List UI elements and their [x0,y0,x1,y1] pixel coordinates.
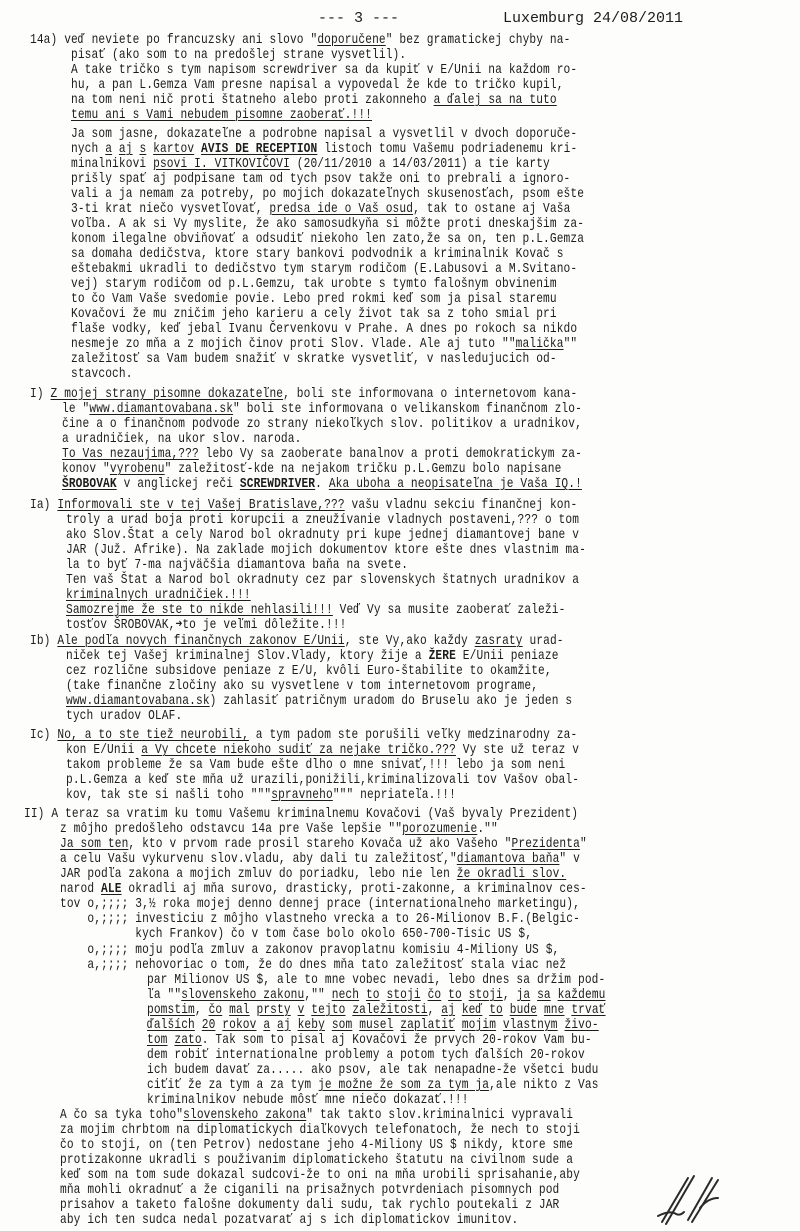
emphasized-text: sa [537,987,551,1003]
emphasized-text: kriminalnych uradničiek.!!! [66,587,251,603]
text-run: listoch tomu Vašemu podriadenemu kri- [317,141,577,157]
text-run: keď som na tom sude dokazal sudcovi-že t… [60,1167,580,1183]
text-run: za mojim chrbtom na diplomatickych diaľk… [60,1122,580,1138]
emphasized-text: No, a to ste tiež neurobili, [57,727,249,743]
text-run: . Tak som to pisal aj Kovačovi že prvych… [202,1032,592,1048]
text-line: www.diamantovabana.sk) zahlasiť patričny… [66,693,572,709]
text-line: Ic) No, a to ste tiež neurobili, a tym p… [30,727,577,743]
handwritten-signature-icon [648,1170,738,1230]
text-run: " bez gramatickej chyby na- [386,32,571,48]
text-line: o,;;;; investiciu z môjho vlastneho vrec… [60,911,580,927]
emphasized-text: nech [332,987,359,1003]
text-line: kych Frankov) čo v tom čase bolo okolo 6… [60,926,532,942]
emphasized-text: tom [147,1032,168,1048]
text-line: eštebakmi ukradli to dedičstvo tym stary… [71,261,577,277]
text-run: vej) starym rodičom od p.L.Gemzu, tak ur… [71,276,557,292]
text-line: flaše vodky, keď jebal Ivanu Červenkovu … [71,321,577,337]
emphasized-text: zasraty [475,633,523,649]
emphasized-text: v [298,1002,305,1018]
emphasized-text: Ale podľa novych finančnych zakonov E/Un… [57,633,344,649]
text-run: Veď Vy sa musite zaoberať zaleži- [333,602,566,618]
text-run: Ic) [30,727,57,743]
text-run: , kto v prvom rade prosil stareho Kovača… [128,836,511,852]
text-line: cez rozlične subsidove peniaze z E/U, kv… [66,663,552,679]
text-run [359,987,366,1003]
text-run: Ia) [30,497,57,513]
text-run: eštebakmi ukradli to dedičstvo tym stary… [71,261,577,277]
text-line: o,;;;; moju podľa zmluv a zakonov pravop… [60,942,559,958]
emphasized-text: a Vy chcete niekoho sudiť za nejake trič… [141,742,456,758]
text-run: ciťiť že za tym a za tym [147,1077,318,1093]
emphasized-text: ŠROBOVAK [62,476,117,492]
text-run [421,987,428,1003]
text-run [558,1017,565,1033]
text-run: , [503,987,517,1003]
text-line: stavcoch. [71,366,133,382]
emphasized-text: slovenskeho zakonu [181,987,304,1003]
emphasized-text: Ja som ten [60,836,128,852]
emphasized-text: to [366,987,380,1003]
emphasized-text: to [489,1002,503,1018]
text-line: dem robiť internationalne problemy a pot… [147,1047,585,1063]
emphasized-text: keby [298,1017,325,1033]
emphasized-text: kartov [153,141,194,157]
text-run: p.L.Gemza a keď ste mňa už urazili,poniž… [66,772,579,788]
text-run: hu, a pan L.Gemza Vam presne napisal a v… [71,77,564,93]
text-run: prišly spať aj podpisane tam od tych pso… [71,171,570,187]
text-run: E/Unii peniaze [456,648,559,664]
text-run: stavcoch. [71,366,133,382]
emphasized-text: Prezidenta [512,836,580,852]
text-run [455,1002,462,1018]
emphasized-text: aj [119,141,133,157]
text-run: to čo Vam Vaše svedomie povie. Lebo pred… [71,291,557,307]
text-run: " boli ste informovana o velikanskom fin… [233,401,582,417]
text-line: II) A teraz sa vratim ku tomu Vašemu kri… [24,806,578,822]
text-run: " v [559,851,580,867]
text-run: par Milionov US $, ale to mne vobec neva… [147,972,605,988]
emphasized-text: vlastnym [503,1017,558,1033]
text-run: kych Frankov) čo v tom čase bolo okolo 6… [60,926,532,942]
text-line: čine a o finančnom podvode zo strany nie… [62,416,582,432]
emphasized-text: temu ani s Vami nebudem pisomne zaoberať… [71,107,372,123]
text-run: A take tričko s tym napisom screwdriver … [71,62,577,78]
emphasized-text: Informovali ste v tej Vašej Bratislave,?… [57,497,344,513]
emphasized-text: malička [516,336,564,352]
text-run: a celu Vašu vykurvenu slov.vladu, aby da… [60,851,457,867]
emphasized-text: pomstim [147,1002,195,1018]
text-line: ľa ""slovenskeho zakonu,"" nech to stoji… [147,987,606,1003]
text-run: A čo sa tyka toho" [60,1107,183,1123]
text-line: čo to stoji, on (ten Petrov) nedostane j… [60,1137,573,1153]
emphasized-text: bude [510,1002,537,1018]
text-line: hu, a pan L.Gemza Vam presne napisal a v… [71,77,564,93]
text-run: zaležitosť sa Vam budem snažiť v skratke… [71,351,557,367]
text-run: Ja som jasne, dokazateľne a podrobne nap… [71,126,577,142]
text-run: minalnikovi [71,156,153,172]
emphasized-text: čo [209,1002,223,1018]
emphasized-text: to [448,987,462,1003]
text-line: kriminalnikov nebude môsť mne niečo doka… [147,1092,469,1108]
text-line: takom probleme že sa Vam bude ešte dlho … [66,757,565,773]
text-run [345,1002,352,1018]
text-line: narod ALE okradli aj mňa surovo, drastic… [60,881,587,897]
emphasized-text: že okradli slov. [457,866,566,882]
text-line: par Milionov US $, ale to mne vobec neva… [147,972,605,988]
text-line: kon E/Unii a Vy chcete niekoho sudiť za … [66,742,579,758]
text-line: vali a ja nemam za potreby, po mojich do… [71,186,584,202]
text-line: la to byť 7-ma najväčšia diamantova baňa… [66,557,408,573]
text-run [496,1017,503,1033]
emphasized-text: porozumenie [402,821,477,837]
text-run: " tak takto slov.kriminalnici vypravali [306,1107,573,1123]
emphasized-text: To Vas nezaujima,??? [62,446,199,462]
emphasized-text: www.diamantovabana.sk [66,693,210,709]
text-run: voľba. A ak si Vy myslite, že ako samosu… [71,216,584,232]
text-line: pisať (ako som to na predošlej strane vy… [71,47,406,63]
text-run: nych [71,141,105,157]
text-run: flaše vodky, keď jebal Ivanu Červenkovu … [71,321,577,337]
text-line: JAR (Juž. Afrike). Na zaklade mojich dok… [66,542,586,558]
text-line: nesmeje zo mňa a z mojich činov proti Sl… [71,336,577,352]
text-line: 14a) veď neviete po francuzsky ani slovo… [30,32,570,48]
emphasized-text: keď [462,1002,483,1018]
text-line: Ja som jasne, dokazateľne a podrobne nap… [71,126,577,142]
text-line: keď som na tom sude dokazal sudcovi-že t… [60,1167,580,1183]
text-run: nesmeje zo mňa a z mojich činov proti Sl… [71,336,516,352]
text-line: ďalších 20 rokov a aj keby som musel zap… [147,1017,599,1033]
emphasized-text: zaplatiť [400,1017,455,1033]
text-run: aby ich ten sudca nedal pozatvarať aj s … [60,1212,518,1228]
text-run: Ib) [30,633,57,649]
emphasized-text: 20 [202,1017,216,1033]
text-line: kriminalnych uradničiek.!!! [66,587,251,603]
emphasized-text: prsty [257,1002,291,1018]
text-line: protizakonne ukradli s použivanim diplom… [60,1152,573,1168]
emphasized-text: psovi I. VITKOVIČOVI [153,156,290,172]
text-run: cez rozlične subsidove peniaze z E/U, kv… [66,663,552,679]
text-line: Samozrejme že ste to nikde nehlasili!!! … [66,602,565,618]
text-line: ako Slov.Štat a cely Narod bol okradnuty… [66,527,579,543]
text-line: tov o,;;;; 3,½ roka mojej denno dennej p… [60,896,580,912]
text-line: A čo sa tyka toho"slovenskeho zakona" ta… [60,1107,573,1123]
text-line: konov "vyrobenu" zaležitosť-kde na nejak… [62,461,561,477]
text-line: temu ani s Vami nebudem pisomne zaoberať… [71,107,372,123]
text-run: sa domaha dedičstva, ktore stary bankovi… [71,246,564,262]
text-run [146,141,153,157]
emphasized-text: a ďalej sa na tuto [434,92,557,108]
emphasized-text: stoji [469,987,503,1003]
text-run: 14a) veď neviete po francuzsky ani slovo… [30,32,317,48]
emphasized-text: mal [229,1002,250,1018]
emphasized-text: rokov [222,1017,256,1033]
text-run [270,1017,277,1033]
text-run: la to byť 7-ma najväčšia diamantova baňa… [66,557,408,573]
text-line: Ten vaš Štat a Narod bol okradnuty cez p… [66,572,579,588]
emphasized-text: SCREWDRIVER [240,476,315,492]
text-line: zaležitosť sa Vam budem snažiť v skratke… [71,351,557,367]
text-run: II) A teraz sa vratim ku tomu Vašemu kri… [24,806,578,822]
text-run: JAR (Juž. Afrike). Na zaklade mojich dok… [66,542,586,558]
text-run: a,;;;; nehovoriac o tom, že do dnes mňa … [60,957,566,973]
text-run: narod [60,881,101,897]
text-run: """ nepriateľa.!!! [333,787,456,803]
text-run: mňa mohli okradnuť a že ciganili na pris… [60,1182,559,1198]
page-number: --- 3 --- [318,10,399,27]
text-line: a celu Vašu vykurvenu slov.vladu, aby da… [60,851,580,867]
text-run: ) zahlasiť patričnym uradom do Bruselu a… [210,693,573,709]
text-run: . [315,476,329,492]
text-run: dem robiť internationalne problemy a pot… [147,1047,585,1063]
text-run: konom ilegalne obviňovať a odsudiť nieko… [71,231,584,247]
text-line: kov, tak ste si našli toho """spravneho"… [66,787,456,803]
emphasized-text: spravneho [271,787,333,803]
text-line: A take tričko s tym napisom screwdriver … [71,62,577,78]
text-line: ŠROBOVAK v anglickej reči SCREWDRIVER. A… [62,476,582,492]
place-date: Luxemburg 24/08/2011 [503,10,683,27]
text-run: ich budem davať za..... ako psov, ale ta… [147,1062,599,1078]
text-line: minalnikovi psovi I. VITKOVIČOVI (20/11/… [71,156,550,172]
emphasized-text: zaležitosti [352,1002,427,1018]
text-run: Kovačovi že mu zničim jeho karieru a cel… [71,306,557,322]
text-run: " zaležitosť-kde na nejakom tričku p.L.G… [165,461,562,477]
text-run: kriminalnikov nebude môsť mne niečo doka… [147,1092,469,1108]
text-line: na tom neni nič proti štatneho alebo pro… [71,92,557,108]
text-run: JAR podľa zakona a mojich zmluv do poria… [60,866,457,882]
text-line: Ja som ten, kto v prvom rade prosil star… [60,836,587,852]
emphasized-text: mne [544,1002,565,1018]
text-run [455,1017,462,1033]
text-line: (take finančne zločiny ako su vysvetlene… [66,678,538,694]
emphasized-text: zato [174,1032,201,1048]
text-line: ciťiť že za tym a za tym je možne že som… [147,1077,599,1093]
text-run: (take finančne zločiny ako su vysvetlene… [66,678,538,694]
text-run [530,987,537,1003]
emphasized-text: čo [428,987,442,1003]
emphasized-text: vyrobenu [110,461,165,477]
emphasized-text: trvať [571,1002,605,1018]
emphasized-text: aj [277,1017,291,1033]
text-run: čo to stoji, on (ten Petrov) nedostane j… [60,1137,573,1153]
text-run: kov, tak ste si našli toho """ [66,787,271,803]
emphasized-text: Z mojej strany pisomne dokazateľne [51,386,284,402]
emphasized-text: mojim [462,1017,496,1033]
text-line: sa domaha dedičstva, ktore stary bankovi… [71,246,564,262]
text-line: vej) starym rodičom od p.L.Gemzu, tak ur… [71,276,557,292]
text-run: z môjho predošleho odstavcu 14a pre Vaše… [60,821,402,837]
text-line: mňa mohli okradnuť a že ciganili na pris… [60,1182,559,1198]
text-run: , [195,1002,209,1018]
text-run: ,ale nikto z Vas [489,1077,598,1093]
text-run [133,141,140,157]
text-line: troly a urad boja proti korupcii a zneuž… [66,512,579,528]
text-run: troly a urad boja proti korupcii a zneuž… [66,512,579,528]
text-run: "" [564,336,578,352]
emphasized-text: AVIS DE RECEPTION [201,141,317,157]
text-run: , tak to ostane aj Vaša [413,201,570,217]
emphasized-text: aj [441,1002,455,1018]
emphasized-text: ALE [101,881,122,897]
text-run: a uradničiek, na ukor slov. naroda. [62,431,301,447]
text-line: tych uradov OLAF. [66,708,182,724]
text-run: ľa "" [147,987,181,1003]
text-line: konom ilegalne obviňovať a odsudiť nieko… [71,231,584,247]
text-line: aby ich ten sudca nedal pozatvarať aj s … [60,1212,518,1228]
text-run: Vy ste už teraz v [456,742,579,758]
emphasized-text: je možne že som za tym ja [318,1077,489,1093]
document-page: --- 3 --- Luxemburg 24/08/2011 14a) veď … [0,0,800,1231]
text-run: vali a ja nemam za potreby, po mojich do… [71,186,584,202]
text-line: voľba. A ak si Vy myslite, že ako samosu… [71,216,584,232]
emphasized-text: www.diamantovabana.sk [89,401,233,417]
text-run: protizakonne ukradli s použivanim diplom… [60,1152,573,1168]
text-run: ,"" [304,987,331,1003]
text-run: o,;;;; moju podľa zmluv a zakonov pravop… [60,942,559,958]
text-run [482,1002,489,1018]
text-run: , ste Vy,ako každy [345,633,475,649]
text-run: lebo Vy sa zaoberate banalnov a proti de… [199,446,582,462]
text-run: niček tej Vašej kriminalnej Slov.Vlady, … [66,648,429,664]
text-run: , boli ste informovana o internetovom ka… [283,386,577,402]
text-line: pomstim, čo mal prsty v tejto zaležitost… [147,1002,606,1018]
emphasized-text: musel [359,1017,393,1033]
text-line: le "www.diamantovabana.sk" boli ste info… [62,401,582,417]
text-run: tov o,;;;; 3,½ roka mojej denno dennej p… [60,896,580,912]
emphasized-text: doporučene [317,32,385,48]
text-line: p.L.Gemza a keď ste mňa už urazili,poniž… [66,772,579,788]
text-run: prisahov a taketo falošne dokumenty dali… [60,1197,559,1213]
text-line: To Vas nezaujima,??? lebo Vy sa zaoberat… [62,446,582,462]
text-line: prisahov a taketo falošne dokumenty dali… [60,1197,559,1213]
text-run: pisať (ako som to na predošlej strane vy… [71,47,406,63]
text-line: 3-ti krat niečo vysvetľovať, predsa ide … [71,201,570,217]
text-line: ich budem davať za..... ako psov, ale ta… [147,1062,599,1078]
text-run: Ten vaš Štat a Narod bol okradnuty cez p… [66,572,579,588]
text-run: le " [62,401,89,417]
text-line: niček tej Vašej kriminalnej Slov.Vlady, … [66,648,559,664]
text-run [393,1017,400,1033]
text-run: čine a o finančnom podvode zo strany nie… [62,416,582,432]
text-run: ako Slov.Štat a cely Narod bol okradnuty… [66,527,579,543]
emphasized-text: živo- [564,1017,598,1033]
text-run [325,1017,332,1033]
text-line: tom zato. Tak som to pisal aj Kovačovi ž… [147,1032,592,1048]
text-line: a uradničiek, na ukor slov. naroda. [62,431,301,447]
emphasized-text: Samozrejme že ste to nikde nehlasili!!! [66,602,333,618]
text-run [222,1002,229,1018]
text-run: a tym padom ste porušili veľky medzinaro… [249,727,577,743]
text-run [112,141,119,157]
text-line: z môjho predošleho odstavcu 14a pre Vaše… [60,821,498,837]
text-line: Ia) Informovali ste v tej Vašej Bratisla… [30,497,577,513]
text-line: za mojim chrbtom na diplomatickych diaľk… [60,1122,580,1138]
emphasized-text: predsa ide o Vaš osud [269,201,413,217]
text-line: JAR podľa zakona a mojich zmluv do poria… [60,866,566,882]
emphasized-text: a [263,1017,270,1033]
text-run: I) [30,386,51,402]
emphasized-text: tejto [311,1002,345,1018]
text-line: prišly spať aj podpisane tam od tych pso… [71,171,570,187]
text-run: konov " [62,461,110,477]
emphasized-text: Aka uboha a neopisateľna je Vaša IQ.! [329,476,582,492]
text-run: " [580,836,587,852]
emphasized-text: som [332,1017,353,1033]
emphasized-text: stoji [387,987,421,1003]
emphasized-text: každemu [558,987,606,1003]
text-run: na tom neni nič proti štatneho alebo pro… [71,92,434,108]
text-run: o,;;;; investiciu z môjho vlastneho vrec… [60,911,580,927]
page-header: --- 3 --- Luxemburg 24/08/2011 [0,8,800,28]
text-run: v anglickej reči [117,476,240,492]
text-line: Ib) Ale podľa novych finančnych zakonov … [30,633,564,649]
emphasized-text: slovenskeho zakona [183,1107,306,1123]
text-run: vašu vladnu sekciu finančnej kon- [345,497,578,513]
emphasized-text: ja [517,987,531,1003]
text-line: to čo Vam Vaše svedomie povie. Lebo pred… [71,291,557,307]
emphasized-text: ďalších [147,1017,195,1033]
text-line: Kovačovi že mu zničim jeho karieru a cel… [71,306,557,322]
text-run: kon E/Unii [66,742,141,758]
text-run: (20/11/2010 a 14/03/2011) a tie karty [290,156,550,172]
text-line: nych a aj s kartov AVIS DE RECEPTION lis… [71,141,577,157]
text-run [194,141,201,157]
text-run: , [428,1002,442,1018]
text-run: urad- [523,633,564,649]
text-run [250,1002,257,1018]
text-run: okradli aj mňa surovo, drasticky, proti-… [122,881,587,897]
text-run: tosťov ŠROBOVAK,➜to je veľmi dôležite.!!… [66,617,347,633]
emphasized-text: ŽERE [429,648,456,664]
text-run: takom probleme že sa Vam bude ešte dlho … [66,757,565,773]
text-line: tosťov ŠROBOVAK,➜to je veľmi dôležite.!!… [66,617,347,633]
text-run: ."" [477,821,498,837]
emphasized-text: diamantova baňa [457,851,560,867]
text-run: 3-ti krat niečo vysvetľovať, [71,201,269,217]
text-line: I) Z mojej strany pisomne dokazateľne, b… [30,386,577,402]
text-run: tych uradov OLAF. [66,708,182,724]
text-line: a,;;;; nehovoriac o tom, že do dnes mňa … [60,957,566,973]
